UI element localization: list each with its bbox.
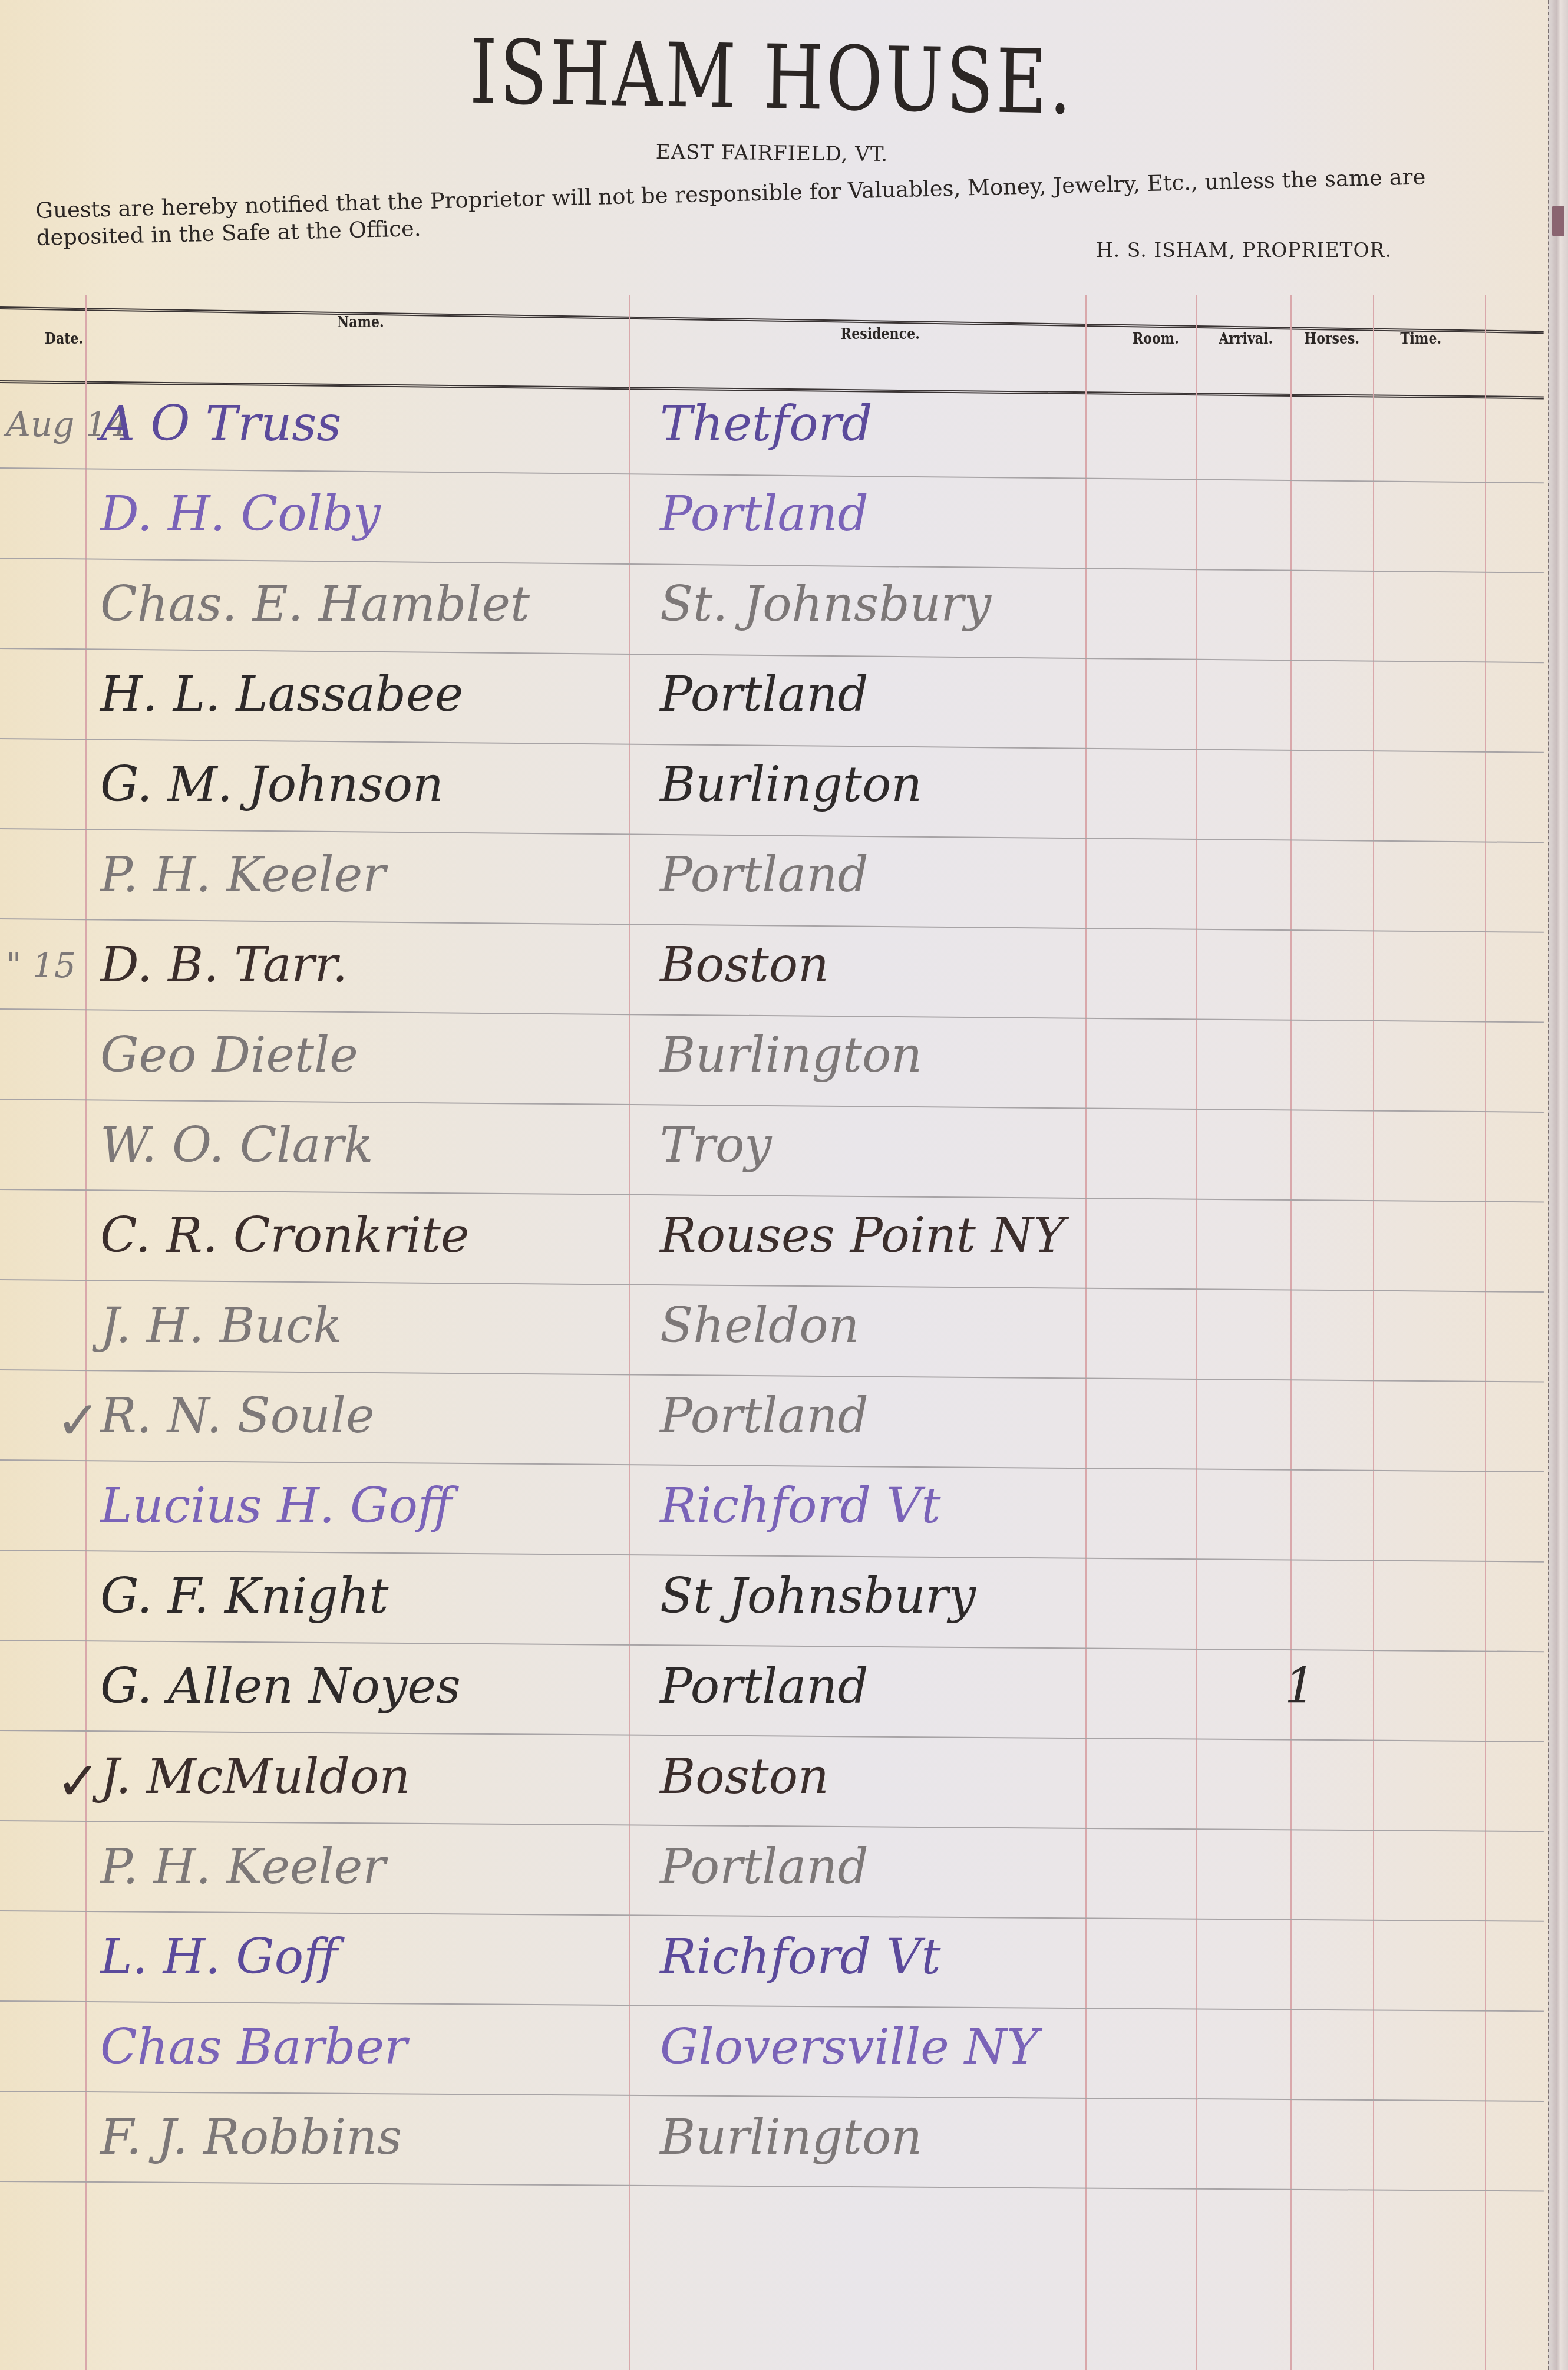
ruled-line — [0, 1730, 1544, 1742]
guest-residence: Richford Vt — [660, 1477, 940, 1536]
guest-name: Chas. E. Hamblet — [100, 575, 530, 634]
register-entry: Lucius H. GoffRichford Vt — [0, 1471, 1544, 1542]
register-entry: L. H. GoffRichford Vt — [0, 1922, 1544, 1993]
guest-residence: St Johnsbury — [660, 1567, 976, 1626]
guest-residence: Burlington — [660, 2108, 922, 2167]
guest-residence: Portland — [660, 1387, 869, 1446]
guest-name: G. F. Knight — [100, 1567, 389, 1626]
guest-residence: Burlington — [660, 756, 922, 815]
guest-name: L. H. Goff — [100, 1928, 338, 1987]
guest-name: G. Allen Noyes — [100, 1657, 461, 1716]
guest-name: D. B. Tarr. — [100, 936, 348, 995]
col-horses-label: Horses. — [1304, 330, 1359, 348]
ruled-line — [0, 1550, 1544, 1563]
guest-name: W. O. Clark — [100, 1116, 373, 1175]
column-header-band: Date. Name. Residence. Room. Arrival. Ho… — [0, 295, 1544, 389]
register-entry: H. L. LassabeePortland — [0, 660, 1544, 730]
register-entry: C. R. CronkriteRouses Point NY — [0, 1201, 1544, 1271]
guest-name: F. J. Robbins — [100, 2108, 402, 2167]
guest-residence: Rouses Point NY — [660, 1207, 1065, 1265]
page-tab-marker — [1552, 206, 1564, 236]
register-entry: ✓R. N. SoulePortland — [0, 1381, 1544, 1452]
col-residence-label: Residence. — [841, 325, 920, 343]
guest-residence: Portland — [660, 1838, 869, 1897]
col-date-label: Date. — [45, 330, 83, 348]
guest-name: G. M. Johnson — [100, 756, 444, 815]
guest-residence: Boston — [660, 936, 829, 995]
col-arrival-label: Arrival. — [1219, 330, 1273, 348]
register-entry: Chas. E. HambletSt. Johnsbury — [0, 569, 1544, 640]
adjacent-page-edge — [1548, 0, 1568, 2370]
guest-residence: Troy — [660, 1116, 772, 1175]
register-entry: P. H. KeelerPortland — [0, 840, 1544, 911]
col-room-label: Room. — [1133, 330, 1179, 348]
guest-residence: Sheldon — [660, 1297, 859, 1356]
guest-residence: St. Johnsbury — [660, 575, 991, 634]
register-entry: G. F. KnightSt Johnsbury — [0, 1561, 1544, 1632]
register-entry: Geo DietleBurlington — [0, 1020, 1544, 1091]
guest-name: Chas Barber — [100, 2018, 407, 2077]
hotel-title: ISHAM HOUSE. — [169, 16, 1374, 140]
col-name-label: Name. — [337, 314, 384, 331]
ruled-line — [0, 1640, 1544, 1652]
guest-residence: Portland — [660, 1657, 869, 1716]
guest-residence: Thetford — [660, 395, 872, 454]
register-entry: G. Allen NoyesPortland1 — [0, 1652, 1544, 1722]
register-entry: ✓J. McMuldonBoston — [0, 1742, 1544, 1812]
register-entry: G. M. JohnsonBurlington — [0, 750, 1544, 820]
register-entry: P. H. KeelerPortland — [0, 1832, 1544, 1903]
guest-name: R. N. Soule — [100, 1387, 375, 1446]
register-entry: D. H. ColbyPortland — [0, 479, 1544, 550]
guest-residence: Burlington — [660, 1026, 922, 1085]
register-entry: J. H. BuckSheldon — [0, 1291, 1544, 1362]
guest-name: P. H. Keeler — [100, 1838, 385, 1897]
col-time-label: Time. — [1400, 330, 1441, 348]
ruled-line — [0, 2181, 1544, 2191]
guest-name: J. H. Buck — [100, 1297, 342, 1356]
guest-name: J. McMuldon — [100, 1748, 410, 1807]
register-entry: Chas BarberGloversville NY — [0, 2012, 1544, 2083]
guest-residence: Gloversville NY — [660, 2018, 1039, 2077]
guest-name: D. H. Colby — [100, 485, 381, 544]
ruled-line — [0, 2091, 1544, 2102]
guest-name: P. H. Keeler — [100, 846, 385, 905]
guest-name: Geo Dietle — [100, 1026, 358, 1085]
ruled-line — [0, 1910, 1544, 1922]
guest-name: H. L. Lassabee — [100, 665, 463, 724]
ruled-line — [0, 1820, 1544, 1832]
register-entry: F. J. RobbinsBurlington — [0, 2102, 1544, 2173]
check-mark-icon: ✓ — [56, 1751, 100, 1812]
register-header: ISHAM HOUSE. EAST FAIRFIELD, VT. Guests … — [0, 0, 1544, 295]
guest-residence: Portland — [660, 665, 869, 724]
guest-residence: Boston — [660, 1748, 829, 1807]
check-mark-icon: ✓ — [56, 1390, 100, 1452]
register-entry: W. O. ClarkTroy — [0, 1110, 1544, 1181]
entry-date: " 15 — [6, 936, 76, 995]
guest-residence: Richford Vt — [660, 1928, 940, 1987]
register-entry: Aug 14A O TrussThetford — [0, 389, 1544, 460]
proprietor-line: H. S. ISHAM, PROPRIETOR. — [1096, 239, 1392, 262]
guest-residence: Portland — [660, 485, 869, 544]
guest-residence: Portland — [660, 846, 869, 905]
ruled-line — [0, 1459, 1544, 1472]
entry-extra-mark: 1 — [1285, 1657, 1315, 1716]
guest-name: Lucius H. Goff — [100, 1477, 452, 1536]
register-entry: " 15D. B. Tarr.Boston — [0, 930, 1544, 1001]
guest-name: C. R. Cronkrite — [100, 1207, 470, 1265]
guest-name: A O Truss — [100, 395, 341, 454]
ruled-line — [0, 2000, 1544, 2012]
